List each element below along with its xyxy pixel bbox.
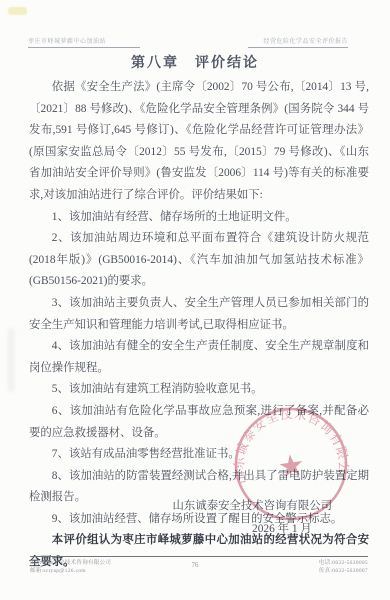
footer-phone: 电话:0632-5630005 bbox=[319, 559, 368, 567]
footer-right: 电话:0632-5630005 传真:0632-5630007 bbox=[319, 559, 368, 575]
report-page: 枣庄市峄城萝藤中心加油站 经营危险化学品安全评价报告 第八章 评价结论 依据《安… bbox=[0, 0, 390, 600]
conclusion-item: 5、该加油站有建筑工程消防验收意见书。 bbox=[29, 379, 369, 401]
footer-divider bbox=[30, 556, 368, 557]
signature-date: 2026 年 1 月 bbox=[252, 520, 312, 536]
conclusion-item: 3、该加油站主要负责人、安全生产管理人员已参加相关部门的安全生产知识和管理能力培… bbox=[29, 293, 369, 336]
header-left-running-title: 枣庄市峄城萝藤中心加油站 bbox=[28, 36, 140, 48]
conclusion-item: 1、该加油站有经营、储存场所的土地证明文件。 bbox=[29, 207, 369, 229]
conclusion-item: 7、该站有成品油零售经营批准证书。 bbox=[29, 444, 369, 466]
conclusion-item: 4、该加油站有健全的安全生产责任制度、安全生产规章制度和岗位操作规程。 bbox=[29, 336, 369, 379]
intro-paragraph: 依据《安全生产法》(主席令〔2002〕70 号公布,〔2014〕13 号,〔20… bbox=[29, 77, 369, 207]
footer-fax: 传真:0632-5630007 bbox=[319, 567, 368, 575]
conclusion-item: 6、该加油站有危险化学品事故应急预案,进行了备案,并配备必要的应急救援器材、设备… bbox=[29, 401, 369, 444]
scan-smudge-yellow bbox=[8, 7, 27, 15]
header-right-running-title: 经营危险化学品安全评价报告 bbox=[248, 36, 348, 48]
signature-company: 山东诚泰安全技术咨询有限公司 bbox=[173, 497, 332, 513]
conclusion-item: 2、该加油站周边环境和总平面布置符合《建筑设计防火规范(2018年版)》(GB5… bbox=[29, 228, 369, 293]
scan-smudge-gray bbox=[8, 328, 14, 392]
chapter-title: 第八章 评价结论 bbox=[0, 52, 390, 72]
